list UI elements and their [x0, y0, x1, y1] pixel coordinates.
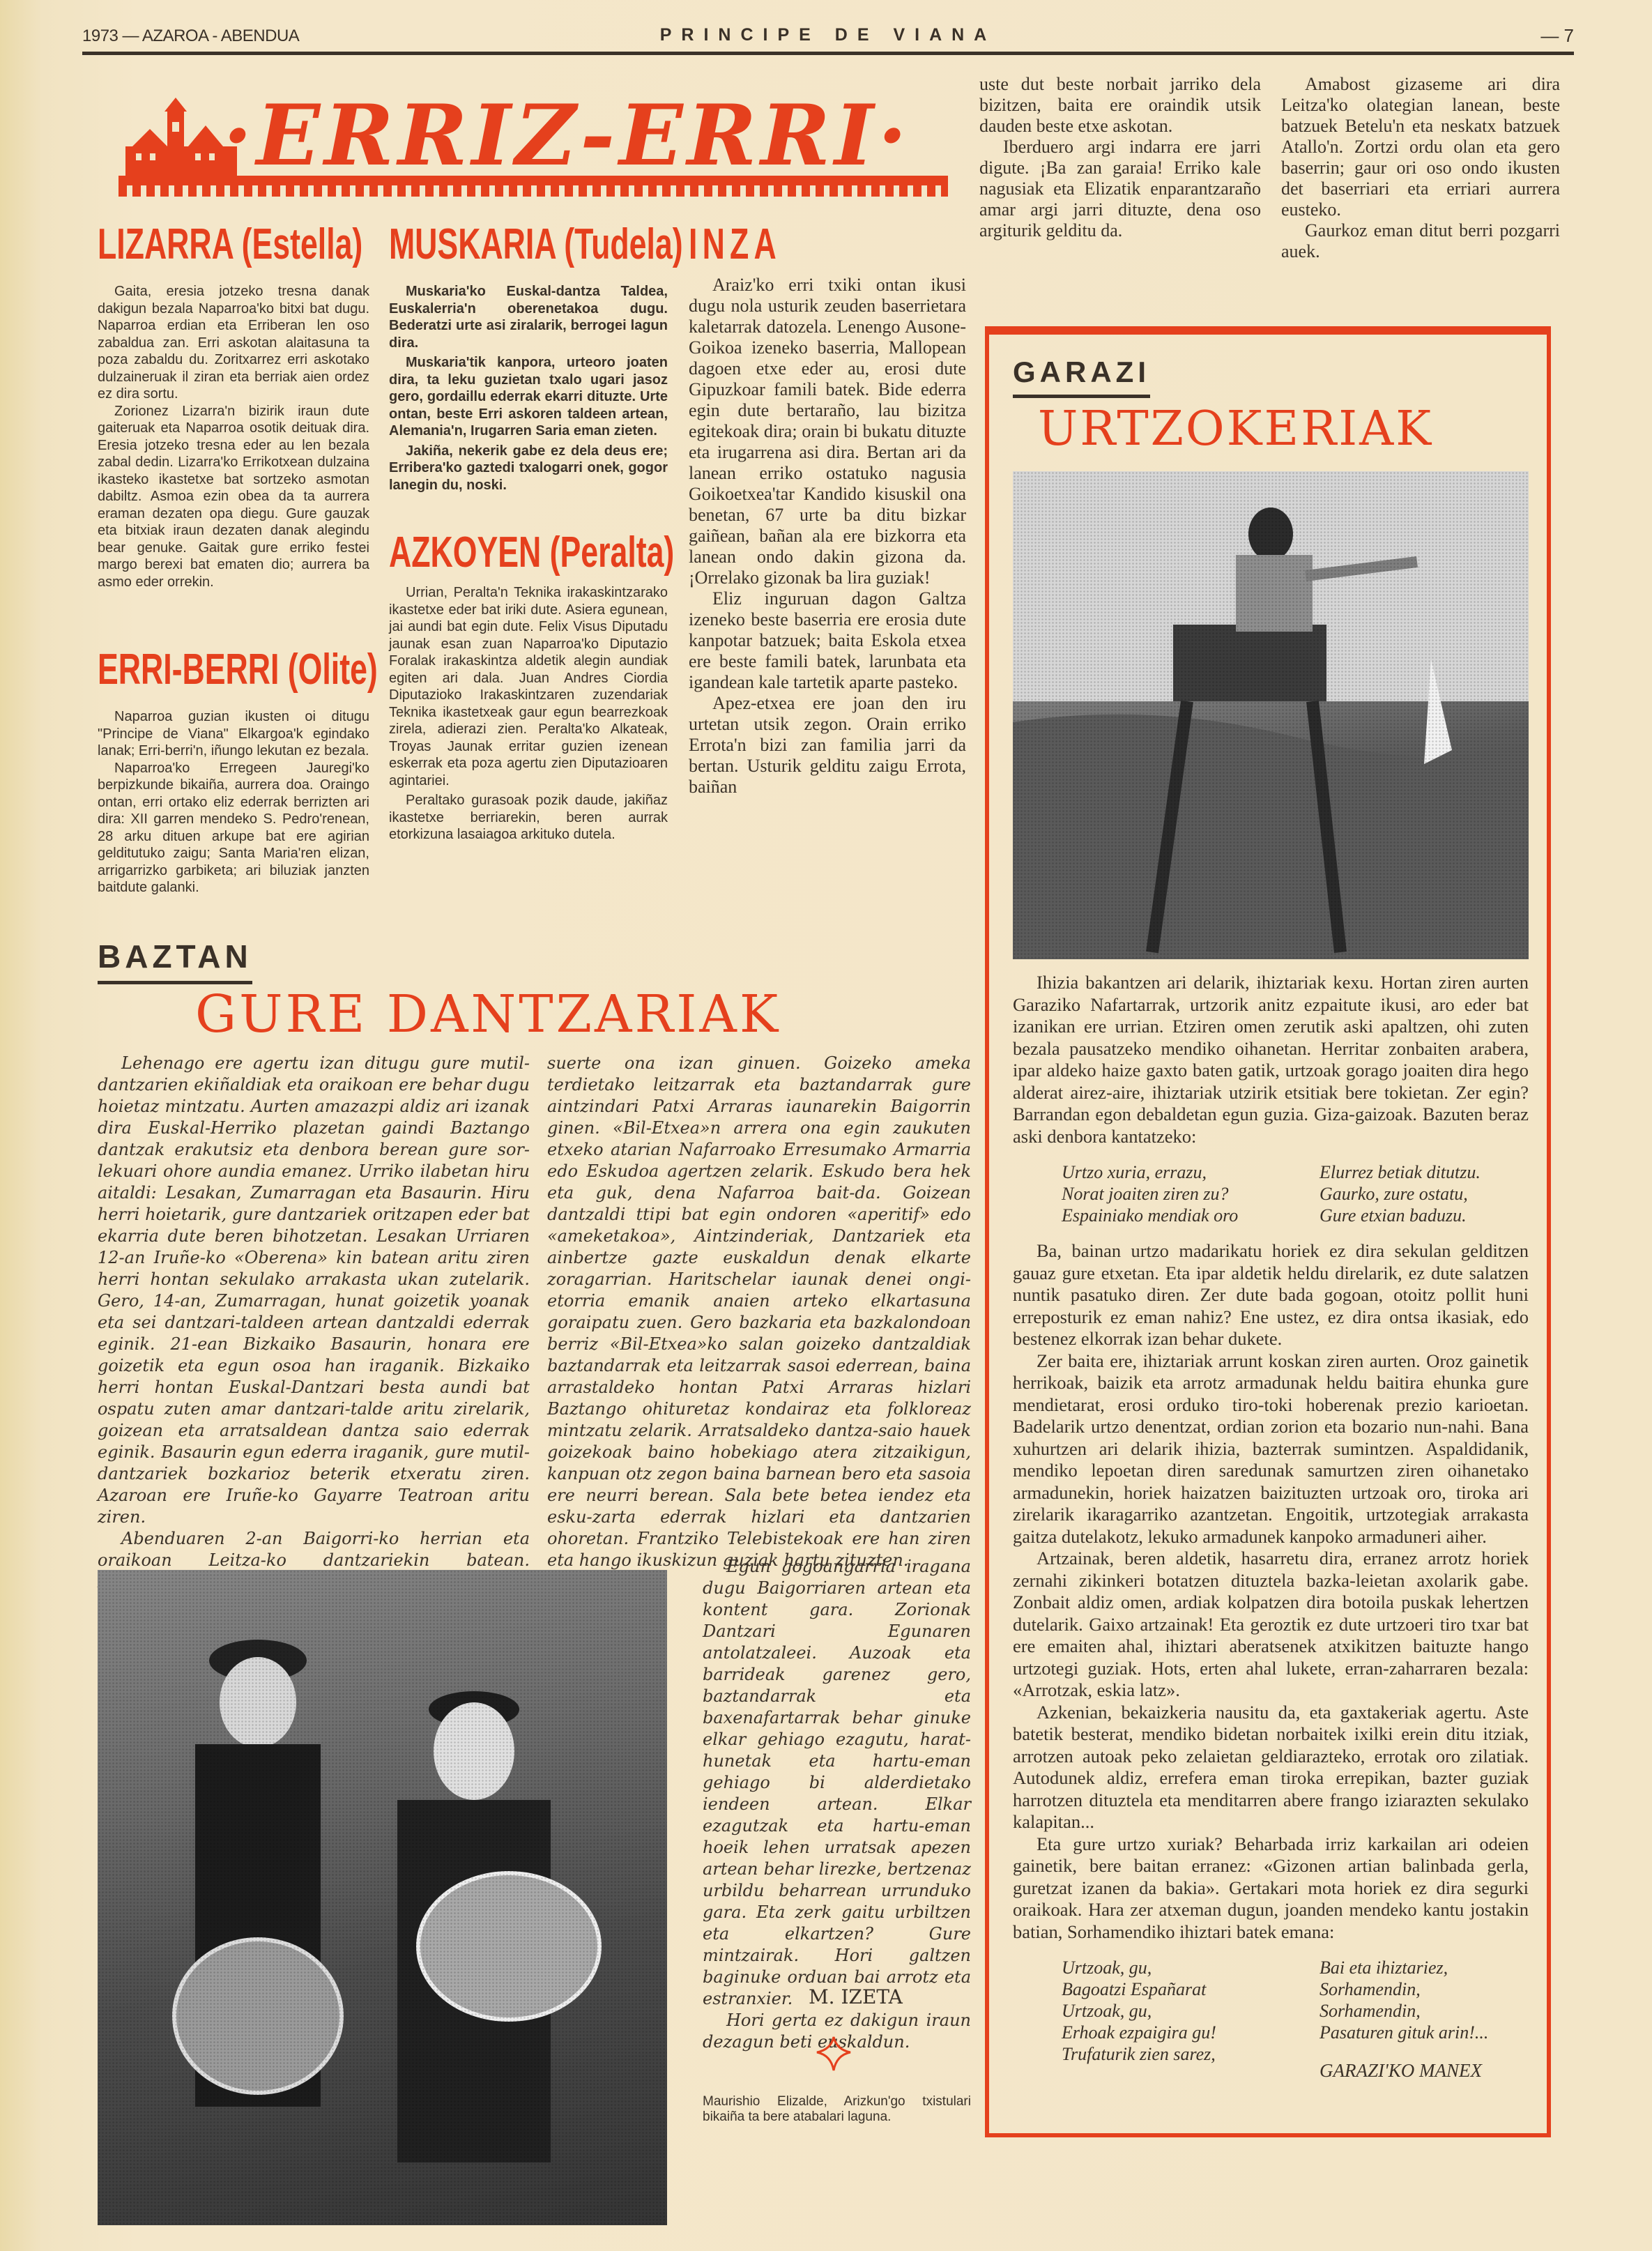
hunter-illustration-icon — [1013, 471, 1529, 959]
garazi-headline: URTZOKERIAK — [1038, 402, 1433, 457]
poem-line: Urtzo xuria, errazu, — [1062, 1161, 1292, 1183]
poem-line: Gure etxian baduzu. — [1320, 1205, 1550, 1226]
poem-line: Urtzoak, gu, — [1062, 2000, 1292, 2022]
paragraph: Eliz inguruan dagon Galtza izeneko beste… — [689, 588, 966, 693]
section-label: GARAZI — [1013, 356, 1150, 398]
garazi-box: GARAZI URTZOKERIAK Ihizia bakantzen ari … — [985, 326, 1551, 2137]
four-point-star-icon — [816, 2036, 852, 2072]
baztan-col3: Egun gogoangarria iragana dugu Baigorria… — [703, 1556, 971, 2053]
poem-urtzo-xuria: Urtzo xuria, errazu, Norat joaiten ziren… — [1013, 1161, 1529, 1226]
paragraph: Ba, bainan urtzo madarikatu horiek ez di… — [1013, 1240, 1529, 1350]
poem-line: Sorhamendin, — [1320, 2000, 1550, 2022]
section-label-garazi: GARAZI — [1013, 356, 1150, 398]
section-label: BAZTAN — [98, 938, 252, 984]
poem-line: Norat joaiten ziren zu? — [1062, 1183, 1292, 1205]
inza-continued-col2: Amabost gizaseme ari dira Leitza'ko olat… — [1281, 74, 1560, 262]
baztan-col1: Lehenago ere agertu izan ditugu gure mut… — [98, 1053, 530, 1593]
paragraph: Zer baita ere, ihiztariak arrunt koskan … — [1013, 1350, 1529, 1548]
paragraph: suerte ona izan ginuen. Goizeko ameka te… — [547, 1053, 971, 1571]
publication-title: PRINCIPE DE VIANA — [82, 25, 1574, 45]
paragraph: Naparroa guzian ikusten oi ditugu "Princ… — [98, 708, 369, 760]
article-body: Naparroa guzian ikusten oi ditugu "Princ… — [98, 708, 369, 896]
musicians-illustration-icon — [98, 1570, 667, 2225]
paragraph: Egun gogoangarria iragana dugu Baigorria… — [703, 1556, 971, 2010]
masthead-fringe — [118, 176, 948, 197]
poem-line: Urtzoak, gu, — [1062, 1957, 1292, 1978]
article-body: Muskaria'ko Euskal-dantza Taldea, Euskal… — [389, 283, 668, 494]
photo-caption: Maurishio Elizalde, Arizkun'go txistular… — [703, 2094, 971, 2125]
paragraph: Eta gure urtzo xuriak? Beharbada irriz k… — [1013, 1833, 1529, 1944]
baztan-author: M. IZETA — [809, 1985, 903, 2008]
photo-hunter — [1013, 471, 1529, 959]
paragraph: Apez-etxea ere joan den iru urtetan utsi… — [689, 693, 966, 798]
paragraph: Gaurkoz eman ditut berri pozgarri auek. — [1281, 220, 1560, 262]
poem-line: Pasaturen gituk arin!... — [1320, 2022, 1550, 2043]
paragraph: Amabost gizaseme ari dira Leitza'ko olat… — [1281, 74, 1560, 220]
poem-line: Erhoak ezpaigira gu! — [1062, 2022, 1292, 2043]
poem-line: Elurrez betiak ditutzu. — [1320, 1161, 1550, 1183]
article-title: INZA — [689, 222, 889, 268]
poem-urtzoak-gu: Urtzoak, gu, Bagoatzi Españarat Urtzoak,… — [1013, 1957, 1529, 2082]
article-body: Araiz'ko erri txiki ontan ikusi dugu nol… — [689, 275, 966, 798]
paragraph: Gaita, eresia jotzeko tresna danak dakig… — [98, 283, 369, 403]
article-azkoyen: AZKOYEN (Peralta) Urrian, Peralta'n Tekn… — [389, 530, 668, 844]
article-body: Gaita, eresia jotzeko tresna danak dakig… — [98, 283, 369, 590]
article-title: MUSKARIA (Tudela) — [389, 222, 590, 268]
running-head: 1973 — AZAROA - ABENDUA PRINCIPE DE VIAN… — [82, 24, 1574, 55]
paragraph: uste dut beste norbait jarriko dela bizi… — [979, 74, 1261, 137]
masthead-title: ·ERRIZ-ERRI· — [223, 84, 911, 188]
paragraph: Zorionez Lizarra'n bizirik iraun dute ga… — [98, 403, 369, 591]
paragraph: Muskaria'ko Euskal-dantza Taldea, Euskal… — [389, 283, 668, 351]
garazi-body: Ihizia bakantzen ari delarik, ihiztariak… — [1013, 972, 1529, 2096]
section-label-baztan: BAZTAN — [98, 938, 252, 984]
paragraph: Iberduero argi indarra ere jarri digute.… — [979, 137, 1261, 241]
poem-line: Bai eta ihiztariez, — [1320, 1957, 1550, 1978]
photo-musicians — [98, 1570, 667, 2225]
paragraph: Peraltako gurasoak pozik daude, jakiñaz … — [389, 792, 668, 844]
article-muskaria: MUSKARIA (Tudela) Muskaria'ko Euskal-dan… — [389, 222, 668, 494]
page-number: — 7 — [1540, 25, 1574, 47]
article-title: LIZARRA (Estella) — [98, 222, 293, 268]
poem-line: Sorhamendin, — [1320, 1978, 1550, 2000]
article-title: AZKOYEN (Peralta) — [389, 530, 590, 576]
paragraph: Artzainak, beren aldetik, hasarretu dira… — [1013, 1548, 1529, 1702]
article-lizarra: LIZARRA (Estella) Gaita, eresia jotzeko … — [98, 222, 369, 590]
garazi-author: GARAZI'KO MANEX — [1320, 2060, 1550, 2082]
article-title: ERRI-BERRI (Olite) — [98, 647, 293, 693]
poem-line: Trufaturik zien sarez, — [1062, 2043, 1292, 2065]
paragraph: Ihizia bakantzen ari delarik, ihiztariak… — [1013, 972, 1529, 1147]
poem-line: Espainiako mendiak oro — [1062, 1205, 1292, 1226]
masthead: ·ERRIZ-ERRI· — [118, 84, 948, 195]
paragraph: Lehenago ere agertu izan ditugu gure mut… — [98, 1053, 530, 1528]
paragraph: Jakiña, nekerik gabe ez dela deus ere; E… — [389, 443, 668, 494]
baztan-headline: GURE DANTZARIAK — [195, 984, 781, 1044]
article-body: Urrian, Peralta'n Teknika irakaskintzara… — [389, 584, 668, 844]
poem-line: Gaurko, zure ostatu, — [1320, 1183, 1550, 1205]
article-erri-berri: ERRI-BERRI (Olite) Naparroa guzian ikust… — [98, 647, 369, 896]
poem-line: Bagoatzi Españarat — [1062, 1978, 1292, 2000]
paragraph: Azkenian, bekaizkeria nausitu da, eta ga… — [1013, 1702, 1529, 1833]
paragraph: Naparroa'ko Erregeen Jauregi'ko berpizku… — [98, 760, 369, 896]
paragraph: Urrian, Peralta'n Teknika irakaskintzara… — [389, 584, 668, 789]
paragraph: Muskaria'tik kanpora, urteoro joaten dir… — [389, 354, 668, 440]
inza-continued-col1: uste dut beste norbait jarriko dela bizi… — [979, 74, 1261, 241]
paragraph: Araiz'ko erri txiki ontan ikusi dugu nol… — [689, 275, 966, 588]
article-inza: INZA Araiz'ko erri txiki ontan ikusi dug… — [689, 222, 966, 798]
baztan-col2: suerte ona izan ginuen. Goizeko ameka te… — [547, 1053, 971, 1571]
